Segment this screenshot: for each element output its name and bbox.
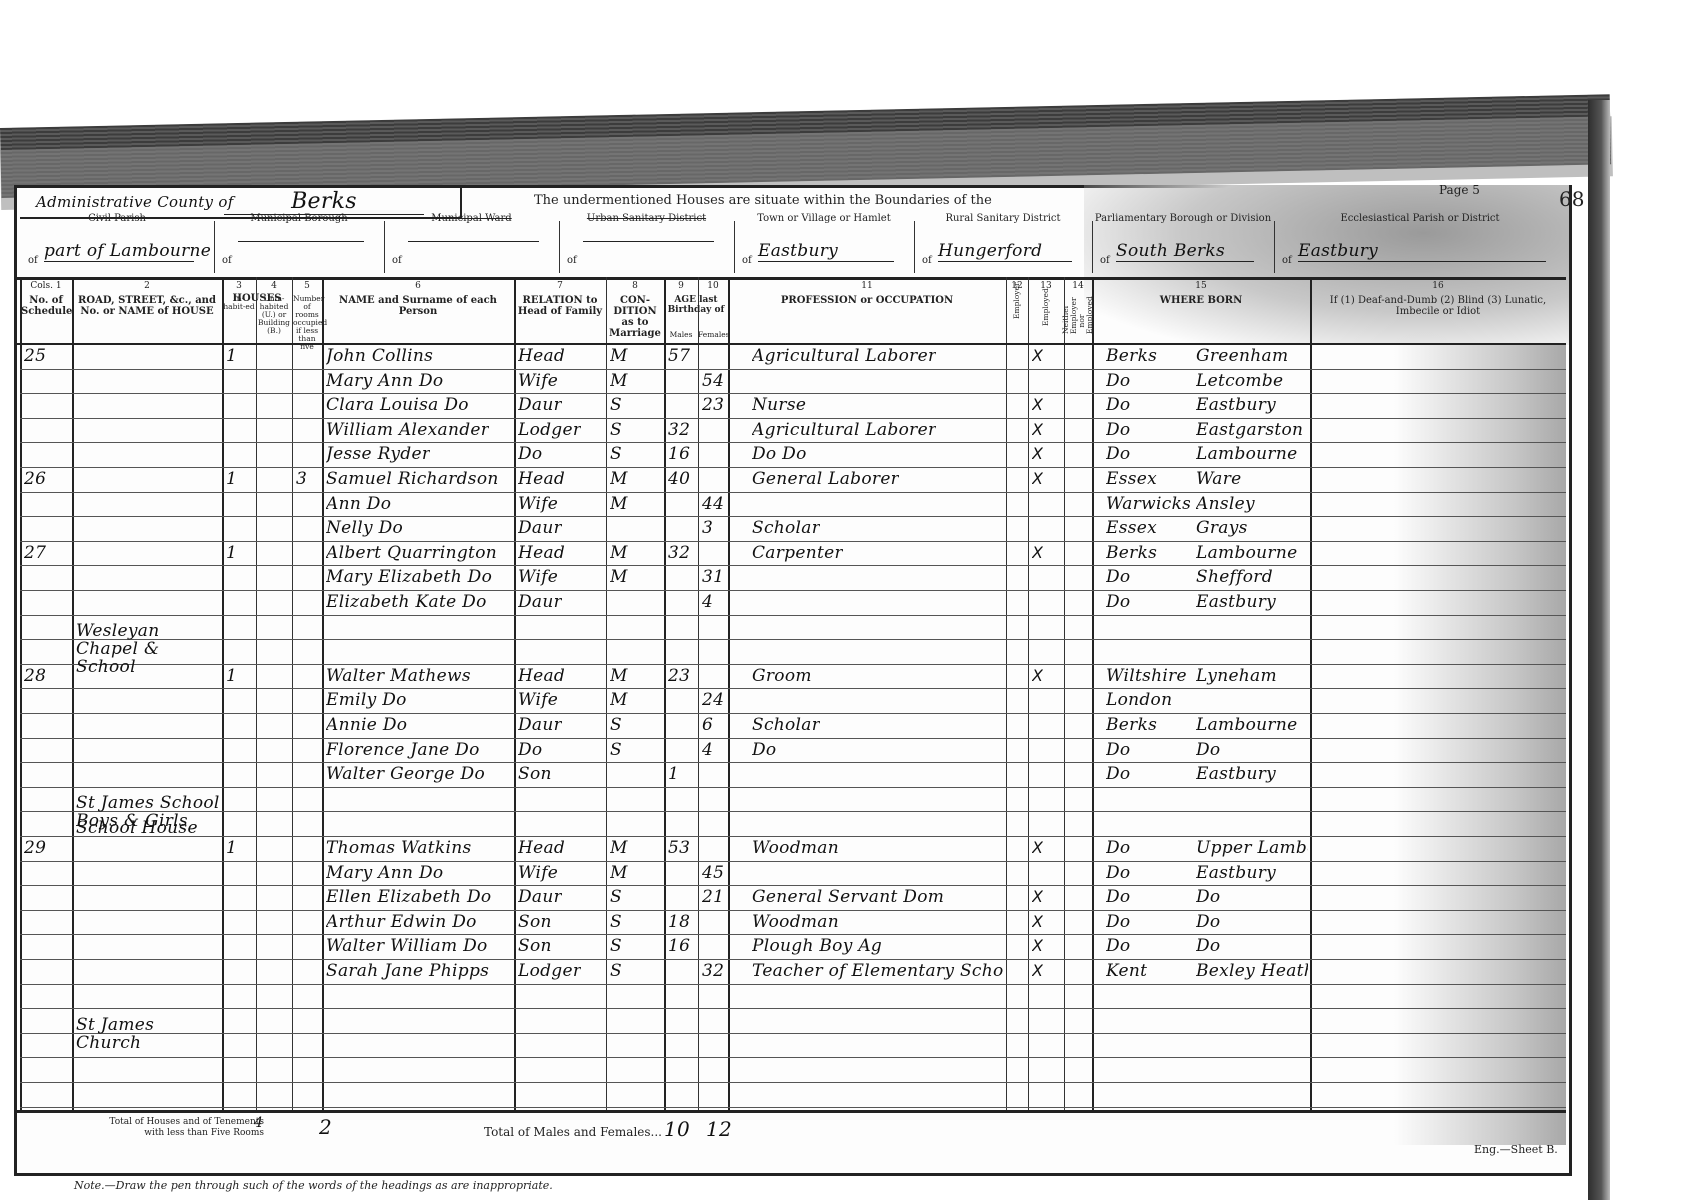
occupation: Groom <box>752 666 812 686</box>
schedule-number: 28 <box>24 666 46 686</box>
occupation: Do <box>752 740 776 760</box>
column-heading-employer: Employer <box>1013 299 1021 319</box>
table-row: Clara Louisa DoDaurS23NurseXDoEastbury <box>14 394 1566 419</box>
column-number: 8 <box>606 281 664 291</box>
boundary-label: Civil Parish <box>20 213 214 224</box>
table-row: 251John CollinsHeadM57Agricultural Labor… <box>14 345 1566 370</box>
occupation: General Laborer <box>752 469 899 489</box>
column-heading-schedule: No. of Schedule <box>21 295 71 317</box>
totals-divider <box>14 1110 1566 1113</box>
birthplace-county: Do <box>1106 420 1130 440</box>
persons-total-label: Total of Males and Females... <box>484 1125 662 1139</box>
birthplace-county: Do <box>1106 592 1130 612</box>
table-row: 2613Samuel RichardsonHeadM40General Labo… <box>14 468 1566 493</box>
table-row: 29School House1Thomas WatkinsHeadM53Wood… <box>14 837 1566 862</box>
boundary-label: Town or Village or Hamlet <box>734 213 914 224</box>
schedule-number: 26 <box>24 469 46 489</box>
male-age: 32 <box>668 543 690 563</box>
occupation: Plough Boy Ag <box>752 936 882 956</box>
birthplace-town: Do <box>1196 887 1220 907</box>
table-row: St James Church <box>14 1034 1566 1059</box>
employed-mark: X <box>1032 936 1043 955</box>
person-name: Jesse Ryder <box>326 444 430 464</box>
birthplace-county: Do <box>1106 567 1130 587</box>
birthplace-town: Lyneham <box>1196 666 1277 686</box>
relation: Daur <box>518 715 562 735</box>
inhabited-count: 1 <box>226 838 237 858</box>
boundary-prefix: of <box>222 255 232 266</box>
column-heading-occupation: PROFESSION or OCCUPATION <box>729 295 1005 306</box>
birthplace-county: Do <box>1106 371 1130 391</box>
boundary-value: South Berks <box>1116 241 1254 262</box>
birthplace-county: Warwickshire <box>1106 494 1190 514</box>
relation: Lodger <box>518 420 581 440</box>
female-age: 4 <box>702 740 713 760</box>
page-label: Page 5 <box>1439 183 1480 197</box>
table-row: 281Walter MathewsHeadM23GroomXWiltshireL… <box>14 665 1566 690</box>
males-total: 10 <box>664 1117 690 1141</box>
relation: Wife <box>518 567 558 587</box>
column-heading-relation: RELATION to Head of Family <box>515 295 605 317</box>
employed-mark: X <box>1032 912 1043 931</box>
person-name: Mary Elizabeth Do <box>326 567 492 587</box>
birthplace-county: Do <box>1106 838 1130 858</box>
relation: Do <box>518 740 542 760</box>
folio-number: 68 <box>1559 187 1584 211</box>
boundary-value <box>408 241 539 242</box>
marital-condition: M <box>610 469 628 489</box>
table-row: Jesse RyderDoS16Do DoXDoLambourne <box>14 443 1566 468</box>
header-shading <box>1084 185 1569 345</box>
marital-condition: S <box>610 395 622 415</box>
houses-total-inhabited: 4 <box>254 1115 263 1131</box>
column-heading-females: Females <box>698 331 728 339</box>
relation: Wife <box>518 494 558 514</box>
boundary-divider <box>914 221 915 273</box>
table-row: Sarah Jane PhippsLodgerS32Teacher of Ele… <box>14 960 1566 985</box>
female-age: 45 <box>702 863 724 883</box>
relation: Son <box>518 912 552 932</box>
marital-condition: S <box>610 444 622 464</box>
column-heading-males: Males <box>664 331 698 339</box>
birthplace-town: Letcombe <box>1196 371 1283 391</box>
marital-condition: S <box>610 420 622 440</box>
rooms-count: 3 <box>296 469 307 489</box>
column-number: 16 <box>1310 281 1566 291</box>
employed-mark: X <box>1032 395 1043 414</box>
occupation: General Servant Dom <box>752 887 944 907</box>
relation: Lodger <box>518 961 581 981</box>
person-name: Clara Louisa Do <box>326 395 469 415</box>
boundary-prefix: of <box>392 255 402 266</box>
person-name: Thomas Watkins <box>326 838 471 858</box>
table-row <box>14 616 1566 641</box>
female-age: 24 <box>702 690 724 710</box>
male-age: 18 <box>668 912 690 932</box>
birthplace-town: Lambourne <box>1196 444 1297 464</box>
birthplace-town: Do <box>1196 936 1220 956</box>
admin-county-label: Administrative County of <box>36 193 234 211</box>
female-age: 23 <box>702 395 724 415</box>
marital-condition: S <box>610 887 622 907</box>
table-row: Mary Elizabeth DoWifeM31DoShefford <box>14 566 1566 591</box>
birthplace-town: Eastbury <box>1196 592 1276 612</box>
relation: Daur <box>518 395 562 415</box>
table-row: Arthur Edwin DoSonS18WoodmanXDoDo <box>14 911 1566 936</box>
birthplace-county: Do <box>1106 863 1130 883</box>
column-heading-name: NAME and Surname of each Person <box>323 295 513 317</box>
marital-condition: M <box>610 371 628 391</box>
marital-condition: S <box>610 912 622 932</box>
boundary-value <box>238 241 364 242</box>
person-name: Walter Mathews <box>326 666 471 686</box>
sheet-label: Eng.—Sheet B. <box>1474 1143 1558 1156</box>
male-age: 23 <box>668 666 690 686</box>
birthplace-town: Eastbury <box>1196 764 1276 784</box>
birthplace-town: Ansley <box>1196 494 1255 514</box>
females-total: 12 <box>706 1117 732 1141</box>
table-row: Elizabeth Kate DoDaur4DoEastbury <box>14 591 1566 616</box>
column-number: 5 <box>292 281 322 291</box>
table-row: Ellen Elizabeth DoDaurS21General Servant… <box>14 886 1566 911</box>
birthplace-town: Ware <box>1196 469 1242 489</box>
marital-condition: M <box>610 567 628 587</box>
relation: Head <box>518 543 565 563</box>
boundary-label: Urban Sanitary District <box>559 213 734 224</box>
table-row <box>14 1083 1566 1108</box>
boundary-label: Municipal Ward <box>384 213 559 224</box>
female-age: 6 <box>702 715 713 735</box>
female-age: 4 <box>702 592 713 612</box>
marital-condition: S <box>610 715 622 735</box>
relation: Son <box>518 764 552 784</box>
table-row: Annie DoDaurS6ScholarBerksLambourne <box>14 714 1566 739</box>
boundary-divider <box>384 221 385 273</box>
employed-mark: X <box>1032 838 1043 857</box>
boundary-value: Hungerford <box>938 241 1072 262</box>
female-age: 31 <box>702 567 724 587</box>
table-row: Ann DoWifeM44WarwickshireAnsley <box>14 493 1566 518</box>
column-number: 10 <box>698 281 728 291</box>
column-heading-condition: CON-DITION as to Marriage <box>607 295 663 339</box>
table-row <box>14 788 1566 813</box>
birthplace-town: Lambourne <box>1196 543 1297 563</box>
birthplace-town: Eastgarston <box>1196 420 1303 440</box>
table-row <box>14 1009 1566 1034</box>
boundary-value: Eastbury <box>758 241 894 262</box>
relation: Head <box>518 838 565 858</box>
person-name: Nelly Do <box>326 518 403 538</box>
marital-condition: M <box>610 346 628 366</box>
male-age: 16 <box>668 936 690 956</box>
occupation: Teacher of Elementary School <box>752 961 1004 981</box>
marital-condition: S <box>610 936 622 956</box>
birthplace-town: Shefford <box>1196 567 1273 587</box>
column-number: 15 <box>1092 281 1310 291</box>
boundary-label: Municipal Borough <box>214 213 384 224</box>
occupation: Scholar <box>752 518 820 538</box>
column-number: 6 <box>322 281 514 291</box>
person-name: Samuel Richardson <box>326 469 499 489</box>
column-heading-age: AGE last Birthday of <box>664 295 728 315</box>
boundary-value: Eastbury <box>1298 241 1546 262</box>
person-name: Albert Quarrington <box>326 543 497 563</box>
male-age: 53 <box>668 838 690 858</box>
boundary-value: part of Lambourne <box>44 241 194 262</box>
relation: Do <box>518 444 542 464</box>
occupation: Nurse <box>752 395 806 415</box>
table-row: 271Albert QuarringtonHeadM32CarpenterXBe… <box>14 542 1566 567</box>
occupation: Scholar <box>752 715 820 735</box>
birthplace-county: Kent <box>1106 961 1147 981</box>
female-age: 44 <box>702 494 724 514</box>
marital-condition: M <box>610 543 628 563</box>
occupation: Carpenter <box>752 543 843 563</box>
marital-condition: M <box>610 494 628 514</box>
column-heading-employed: Employed <box>1042 292 1050 326</box>
person-name: John Collins <box>326 346 433 366</box>
occupation: Agricultural Laborer <box>752 420 936 440</box>
column-heading-road: ROAD, STREET, &c., and No. or NAME of HO… <box>73 295 221 317</box>
relation: Wife <box>518 863 558 883</box>
relation: Wife <box>518 690 558 710</box>
table-row: Mary Ann DoWifeM54DoLetcombe <box>14 370 1566 395</box>
person-name: Mary Ann Do <box>326 863 443 883</box>
column-number: 11 <box>728 281 1006 291</box>
birthplace-town: Bexley Heath <box>1196 961 1308 981</box>
birthplace-town: Upper Lambourne <box>1196 838 1308 858</box>
female-age: 54 <box>702 371 724 391</box>
marital-condition: M <box>610 863 628 883</box>
boundary-divider <box>1274 221 1275 273</box>
relation: Head <box>518 469 565 489</box>
boundary-label: Ecclesiastical Parish or District <box>1274 213 1566 224</box>
boundary-label: Rural Sanitary District <box>914 213 1092 224</box>
boundary-prefix: of <box>922 255 932 266</box>
header-divider <box>14 277 1566 280</box>
column-heading-neither: Neither Employer nor Employed <box>1062 308 1094 334</box>
birthplace-town: Eastbury <box>1196 395 1276 415</box>
birthplace-county: Berks <box>1106 715 1157 735</box>
person-name: Ann Do <box>326 494 391 514</box>
schedule-number: 27 <box>24 543 46 563</box>
census-sheet: Administrative County of Berks The under… <box>14 185 1576 1195</box>
relation: Daur <box>518 518 562 538</box>
column-number: 3 <box>222 281 256 291</box>
birthplace-town: Eastbury <box>1196 863 1276 883</box>
male-age: 40 <box>668 469 690 489</box>
birthplace-county: Essex <box>1106 518 1157 538</box>
employed-mark: X <box>1032 961 1043 980</box>
female-age: 21 <box>702 887 724 907</box>
person-name: Walter William Do <box>326 936 488 956</box>
boundary-prefix: of <box>1282 255 1292 266</box>
house-name: St James Church <box>76 1016 220 1052</box>
column-heading-houses: HOUSES <box>222 293 292 304</box>
male-age: 57 <box>668 346 690 366</box>
occupation: Woodman <box>752 838 839 858</box>
birthplace-town: Do <box>1196 912 1220 932</box>
column-number: 14 <box>1064 281 1092 291</box>
admin-county-value: Berks <box>224 189 424 215</box>
table-row: Walter William DoSonS16Plough Boy AgXDoD… <box>14 935 1566 960</box>
table-row: St James School Boys & Girls <box>14 812 1566 837</box>
column-number: 9 <box>664 281 698 291</box>
birthplace-county: Berks <box>1106 543 1157 563</box>
marital-condition: S <box>610 740 622 760</box>
birthplace-county: Wiltshire <box>1106 666 1187 686</box>
birthplace-county: Berks <box>1106 346 1157 366</box>
table-row: Walter George DoSon1DoEastbury <box>14 763 1566 788</box>
employed-mark: X <box>1032 887 1043 906</box>
birthplace-county: Do <box>1106 740 1130 760</box>
marital-condition: S <box>610 961 622 981</box>
person-name: Emily Do <box>326 690 407 710</box>
birthplace-town: Grays <box>1196 518 1248 538</box>
relation: Son <box>518 936 552 956</box>
birthplace-town: Greenham <box>1196 346 1288 366</box>
column-number: 2 <box>72 281 222 291</box>
employed-mark: X <box>1032 444 1043 463</box>
inhabited-count: 1 <box>226 346 237 366</box>
column-heading-born: WHERE BORN <box>1093 295 1309 306</box>
boundary-divider <box>559 221 560 273</box>
boundary-divider <box>1092 221 1093 273</box>
scan-right-edge <box>1588 100 1610 1200</box>
boundary-prefix: of <box>742 255 752 266</box>
column-heading-infirm: If (1) Deaf-and-Dumb (2) Blind (3) Lunat… <box>1311 295 1565 317</box>
marital-condition: M <box>610 838 628 858</box>
inhabited-count: 1 <box>226 469 237 489</box>
row-rule <box>20 1107 1566 1108</box>
employed-mark: X <box>1032 469 1043 488</box>
marital-condition: M <box>610 690 628 710</box>
occupation: Do Do <box>752 444 807 464</box>
boundary-prefix: of <box>567 255 577 266</box>
person-name: Florence Jane Do <box>326 740 480 760</box>
intro-text: The undermentioned Houses are situate wi… <box>534 193 992 208</box>
birthplace-county: Do <box>1106 395 1130 415</box>
boundary-prefix: of <box>1100 255 1110 266</box>
marital-condition: M <box>610 666 628 686</box>
occupation: Woodman <box>752 912 839 932</box>
male-age: 1 <box>668 764 679 784</box>
column-number: 7 <box>514 281 606 291</box>
person-name: Elizabeth Kate Do <box>326 592 487 612</box>
table-row: Wesleyan Chapel & School <box>14 640 1566 665</box>
birthplace-county: Do <box>1106 444 1130 464</box>
person-name: William Alexander <box>326 420 489 440</box>
birthplace-county: Do <box>1106 912 1130 932</box>
person-name: Ellen Elizabeth Do <box>326 887 491 907</box>
male-age: 16 <box>668 444 690 464</box>
employed-mark: X <box>1032 420 1043 439</box>
houses-total-label: Total of Houses and of Tenements with le… <box>94 1117 264 1139</box>
table-row: Emily DoWifeM24London <box>14 689 1566 714</box>
table-row: William AlexanderLodgerS32Agricultural L… <box>14 419 1566 444</box>
inhabited-count: 1 <box>226 666 237 686</box>
relation: Head <box>518 666 565 686</box>
birthplace-town: Lambourne <box>1196 715 1297 735</box>
female-age: 32 <box>702 961 724 981</box>
table-row: Mary Ann DoWifeM45DoEastbury <box>14 862 1566 887</box>
table-row <box>14 985 1566 1010</box>
employed-mark: X <box>1032 543 1043 562</box>
house-name: School House <box>76 819 198 837</box>
birthplace-county: Do <box>1106 887 1130 907</box>
birthplace-county: Do <box>1106 764 1130 784</box>
schedule-number: 29 <box>24 838 46 858</box>
boundary-value <box>583 241 714 242</box>
boundary-label: Parliamentary Borough or Division <box>1092 213 1274 224</box>
column-number: 4 <box>256 281 292 291</box>
person-name: Arthur Edwin Do <box>326 912 477 932</box>
person-name: Walter George Do <box>326 764 485 784</box>
birthplace-county: Do <box>1106 936 1130 956</box>
person-name: Sarah Jane Phipps <box>326 961 489 981</box>
male-age: 32 <box>668 420 690 440</box>
employed-mark: X <box>1032 666 1043 685</box>
column-number: Cols. 1 <box>20 281 72 291</box>
rooms-total: 2 <box>319 1115 332 1139</box>
occupation: Agricultural Laborer <box>752 346 936 366</box>
birthplace-county: London <box>1106 690 1172 710</box>
female-age: 3 <box>702 518 713 538</box>
birthplace-town: Do <box>1196 740 1220 760</box>
relation: Daur <box>518 887 562 907</box>
person-name: Mary Ann Do <box>326 371 443 391</box>
person-name: Annie Do <box>326 715 407 735</box>
inhabited-count: 1 <box>226 543 237 563</box>
boundary-divider <box>734 221 735 273</box>
relation: Wife <box>518 371 558 391</box>
boundary-divider <box>214 221 215 273</box>
boundary-prefix: of <box>28 255 38 266</box>
relation: Daur <box>518 592 562 612</box>
birthplace-county: Essex <box>1106 469 1157 489</box>
relation: Head <box>518 346 565 366</box>
table-row <box>14 1058 1566 1083</box>
table-row: Florence Jane DoDoS4DoDoDo <box>14 739 1566 764</box>
schedule-number: 25 <box>24 346 46 366</box>
table-row: Nelly DoDaur3ScholarEssexGrays <box>14 517 1566 542</box>
footer-note: Note.—Draw the pen through such of the w… <box>74 1179 553 1192</box>
employed-mark: X <box>1032 346 1043 365</box>
